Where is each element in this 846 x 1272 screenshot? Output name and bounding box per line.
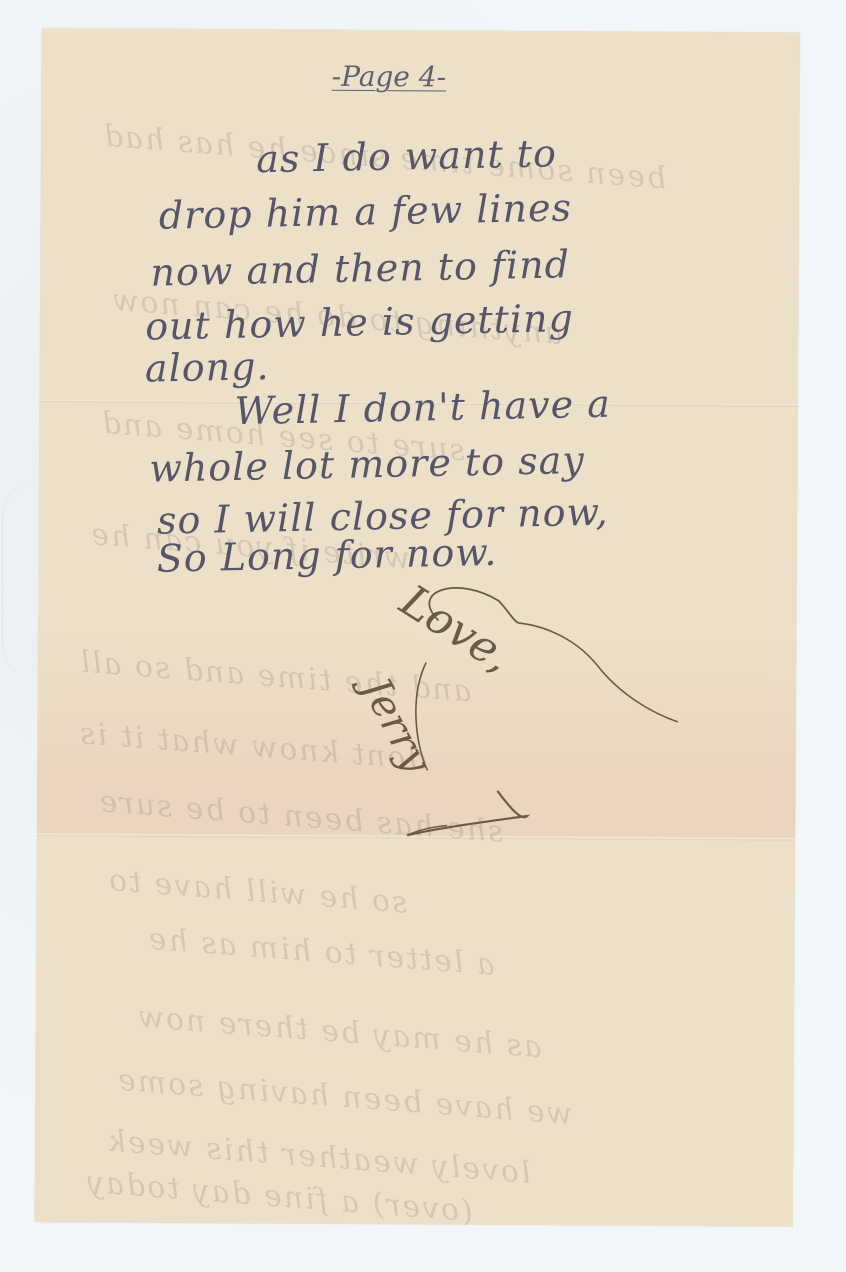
letter-line: out how he is getting bbox=[145, 296, 575, 349]
letter-line: now and then to find bbox=[150, 242, 570, 294]
bleed-through-line: a letter to him as he bbox=[146, 922, 497, 983]
scanner-edge-mark bbox=[2, 480, 39, 680]
letter-page: been some time since he has had anything… bbox=[35, 28, 800, 1227]
bleed-through-line: so he will have to bbox=[106, 863, 409, 921]
letter-line: Well I don't have a bbox=[234, 382, 611, 434]
letter-line: as I do want to bbox=[256, 131, 558, 181]
letter-line: drop him a few lines bbox=[158, 185, 572, 237]
bleed-through-line: we have been having some bbox=[115, 1063, 574, 1133]
bleed-through-line: as he may be there now bbox=[135, 999, 543, 1065]
letter-line: along. bbox=[144, 344, 269, 390]
page-number-label: -Page 4- bbox=[332, 60, 447, 94]
letter-line: whole lot more to say bbox=[149, 438, 585, 491]
